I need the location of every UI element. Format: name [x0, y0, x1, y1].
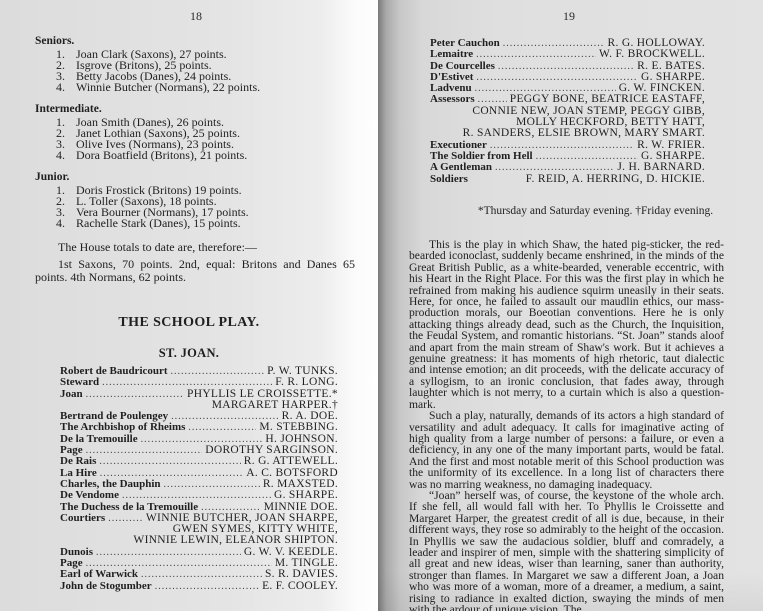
totals-intro: The House totals to date are, therefore:…: [35, 241, 355, 254]
group-title: Seniors.: [35, 34, 335, 48]
group-title: Intermediate.: [35, 102, 335, 116]
cast-row: SoldiersF. REID, A. HERRING, D. HICKIE.: [430, 174, 705, 185]
review-paragraph: Such a play, naturally, demands of its a…: [409, 410, 724, 490]
cast-row: De CourcellesR. E. BATES.: [430, 61, 705, 72]
cast-list: Robert de BaudricourtP. W. TUNKS. Stewar…: [60, 366, 338, 592]
page-number: 18: [190, 9, 202, 24]
cast-row: The Duchess de la TremouilleMINNIE DOE.: [60, 502, 338, 513]
review-paragraph: This is the play in which Shaw, the hate…: [409, 239, 724, 410]
page-number: 19: [563, 9, 575, 24]
results-group-junior: Junior. 1.Doris Frostick (Britons) 19 po…: [35, 170, 335, 229]
cast-row: Robert de BaudricourtP. W. TUNKS.: [60, 366, 338, 377]
group-title: Junior.: [35, 170, 335, 184]
cast-row: Earl of WarwickS. R. DAVIES.: [60, 569, 338, 580]
cast-row: LadvenuG. W. FINCKEN.: [430, 83, 705, 94]
cast-continuation: R. SANDERS, ELSIE BROWN, MARY SMART.: [430, 128, 705, 139]
competition-results: Seniors. 1.Joan Clark (Saxons), 27 point…: [35, 34, 335, 238]
play-title: ST. JOAN.: [0, 346, 378, 361]
cast-row: Charles, the DauphinR. MAXSTED.: [60, 479, 338, 490]
right-page: 19 Peter CauchonR. G. HOLLOWAY. Lemaitre…: [378, 0, 763, 611]
cast-row: John de StogumberE. F. COOLEY.: [60, 581, 338, 592]
cast-row: PageDOROTHY SARGINSON.: [60, 445, 338, 456]
cast-row: De VendomeG. SHARPE.: [60, 490, 338, 501]
cast-continuation: MARGARET HARPER.†: [60, 400, 338, 411]
performance-footnote: *Thursday and Saturday evening. †Friday …: [378, 205, 763, 217]
left-page: 18 Seniors. 1.Joan Clark (Saxons), 27 po…: [0, 0, 378, 611]
results-group-seniors: Seniors. 1.Joan Clark (Saxons), 27 point…: [35, 34, 335, 93]
cast-row: De RaisR. G. ATTEWELL.: [60, 456, 338, 467]
cast-row: Bertrand de PoulengeyR. A. DOE.: [60, 411, 338, 422]
play-review: This is the play in which Shaw, the hate…: [409, 231, 724, 611]
cast-row: DunoisG. W. V. KEEDLE.: [60, 547, 338, 558]
cast-row: StewardF. R. LONG.: [60, 377, 338, 388]
cast-row: La HireA. C. BOTSFORD: [60, 468, 338, 479]
review-paragraph: “Joan” herself was, of course, the keyst…: [409, 490, 724, 611]
result-entry: 4.Winnie Butcher (Normans), 22 points.: [35, 82, 335, 93]
cast-row: A GentlemanJ. H. BARNARD.: [430, 162, 705, 173]
cast-row: The Archbishop of RheimsM. STEBBING.: [60, 422, 338, 433]
results-group-intermediate: Intermediate. 1.Joan Smith (Danes), 26 p…: [35, 102, 335, 161]
cast-row: LemaitreW. F. BROCKWELL.: [430, 49, 705, 60]
totals-text: 1st Saxons, 70 points. 2nd, equal: Brito…: [35, 258, 355, 284]
result-entry: 4.Dora Boatfield (Britons), 21 points.: [35, 150, 335, 161]
cast-row: PageM. TINGLE.: [60, 558, 338, 569]
result-entry: 4.Rachelle Stark (Danes), 15 points.: [35, 218, 335, 229]
cast-row: The Soldier from HellG. SHARPE.: [430, 151, 705, 162]
house-totals: The House totals to date are, therefore:…: [35, 241, 355, 284]
section-heading: THE SCHOOL PLAY.: [0, 315, 378, 331]
cast-row: Peter CauchonR. G. HOLLOWAY.: [430, 38, 705, 49]
cast-row: ExecutionerR. W. FRIER.: [430, 140, 705, 151]
cast-row: De la TremouilleH. JOHNSON.: [60, 434, 338, 445]
cast-row: D'EstivetG. SHARPE.: [430, 72, 705, 83]
cast-list-continued: Peter CauchonR. G. HOLLOWAY. LemaitreW. …: [430, 38, 705, 185]
cast-continuation: WINNIE LEWIN, ELEANOR SHIPTON.: [60, 535, 338, 546]
